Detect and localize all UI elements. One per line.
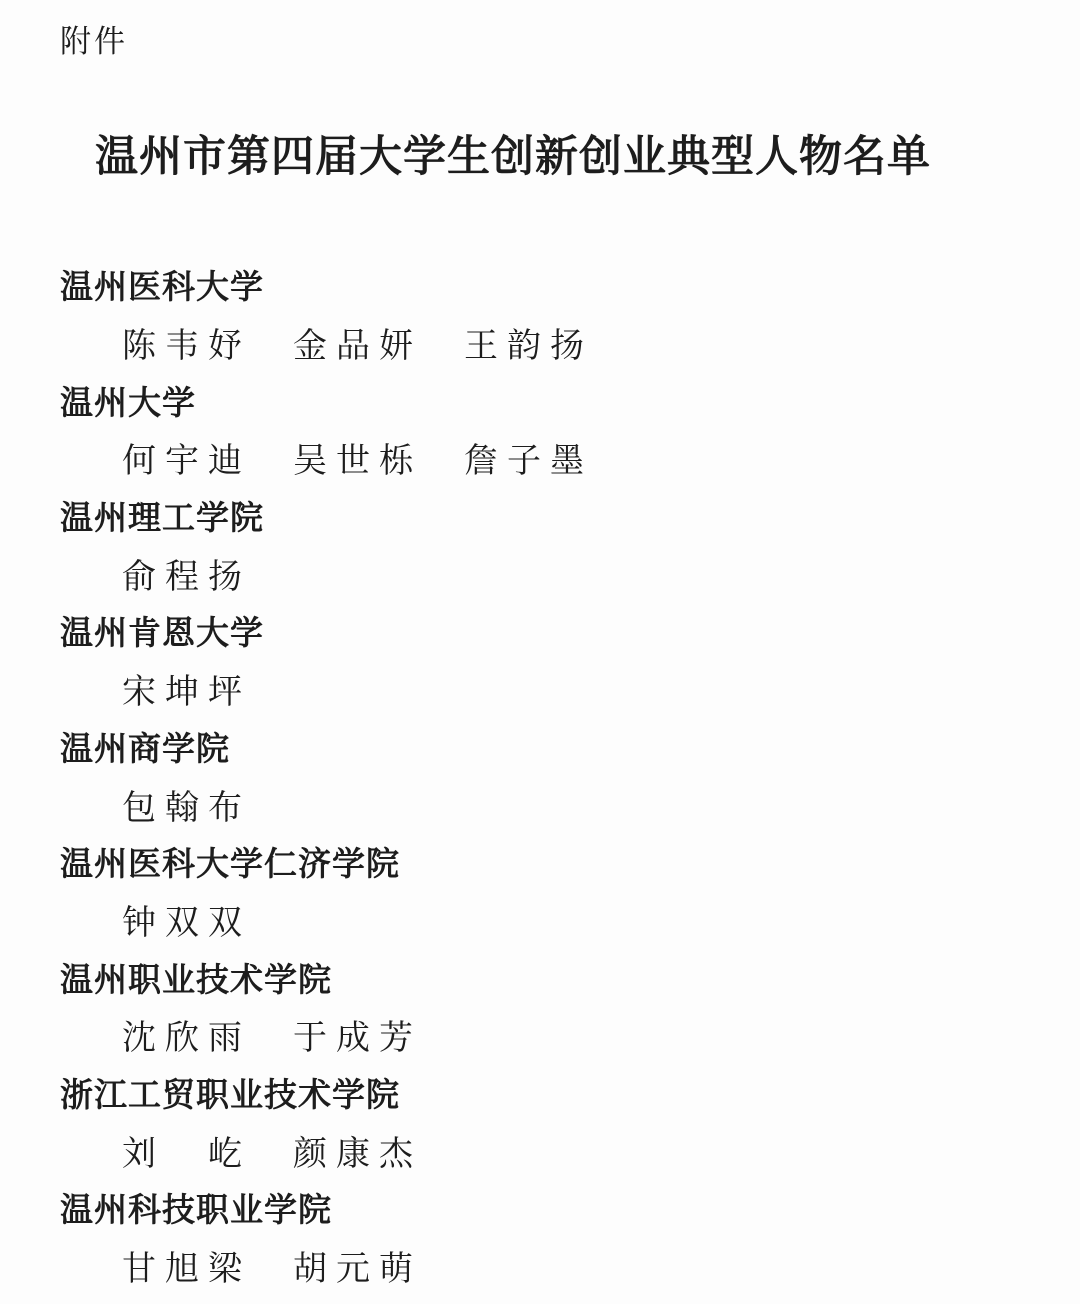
name-row: 刘 屹颜康杰	[60, 1121, 1040, 1179]
school-name: 温州商学院	[60, 718, 1040, 776]
school-name: 温州科技职业学院	[60, 1179, 1040, 1237]
school-name: 温州理工学院	[60, 487, 1040, 545]
document-page: 附件 温州市第四届大学生创新创业典型人物名单 温州医科大学陈韦妤金品妍王韵扬温州…	[0, 0, 1080, 1304]
name-row: 宋坤坪	[60, 660, 1040, 718]
person-name: 宋坤坪	[122, 664, 251, 713]
person-name: 何宇迪	[122, 433, 251, 482]
person-name: 俞程扬	[122, 549, 251, 598]
school-name: 温州职业技术学院	[60, 948, 1040, 1006]
person-name: 陈韦妤	[122, 318, 251, 367]
name-row: 沈欣雨于成芳	[60, 1006, 1040, 1064]
person-name: 包翰布	[122, 780, 251, 829]
person-name: 金品妍	[293, 318, 422, 367]
person-name: 颜康杰	[293, 1126, 422, 1175]
school-name: 温州医科大学仁济学院	[60, 833, 1040, 891]
person-name: 沈欣雨	[122, 1010, 251, 1059]
person-name: 吴世栎	[293, 433, 422, 482]
name-row: 陈韦妤金品妍王韵扬	[60, 314, 1040, 372]
school-name: 温州肯恩大学	[60, 602, 1040, 660]
school-name: 温州大学	[60, 371, 1040, 429]
name-row: 钟双双	[60, 891, 1040, 949]
person-name: 胡元萌	[293, 1241, 422, 1290]
school-name: 浙江工贸职业技术学院	[60, 1064, 1040, 1122]
person-name: 刘 屹	[122, 1126, 251, 1175]
document-title: 温州市第四届大学生创新创业典型人物名单	[95, 132, 1040, 184]
person-name: 钟双双	[122, 895, 251, 944]
attachment-label: 附件	[60, 22, 1040, 62]
person-name: 王韵扬	[464, 318, 593, 367]
name-row: 何宇迪吴世栎詹子墨	[60, 429, 1040, 487]
person-name: 甘旭梁	[122, 1241, 251, 1290]
school-list: 温州医科大学陈韦妤金品妍王韵扬温州大学何宇迪吴世栎詹子墨温州理工学院俞程扬温州肯…	[60, 256, 1040, 1294]
school-name: 温州医科大学	[60, 256, 1040, 314]
name-row: 包翰布	[60, 775, 1040, 833]
name-row: 甘旭梁胡元萌	[60, 1237, 1040, 1295]
name-row: 俞程扬	[60, 544, 1040, 602]
person-name: 于成芳	[293, 1010, 422, 1059]
person-name: 詹子墨	[464, 433, 593, 482]
